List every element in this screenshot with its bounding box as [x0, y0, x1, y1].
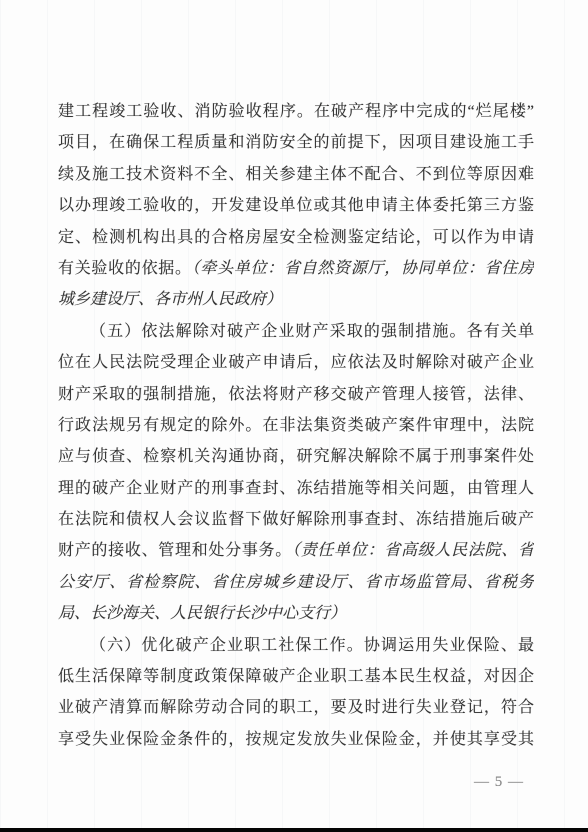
text-line: 理的破产企业财产的刑事查封、冻结措施等相关问题，由管理人 [58, 473, 534, 504]
text-line: 在法院和债权人会议监督下做好解除刑事查封、冻结措施后破产 [58, 504, 534, 535]
text-line: 局、长沙海关、人民银行长沙中心支行） [58, 598, 534, 629]
text-line: 有关验收的依据。（牵头单位：省自然资源厅，协同单位：省住房 [58, 253, 534, 284]
text-segment: 财产采取的强制措施，依法将财产移交破产管理人接管，法律、 [58, 386, 534, 403]
text-segment: 享受失业保险金条件的，按规定发放失业保险金，并使其享受其 [58, 731, 534, 748]
text-line: 财产采取的强制措施，依法将财产移交破产管理人接管，法律、 [58, 379, 534, 410]
text-line: （五）依法解除对破产企业财产采取的强制措施。各有关单 [58, 316, 534, 347]
text-segment: 财产的接收、管理和处分事务。 [58, 542, 292, 559]
text-segment: 以办理竣工验收的，开发建设单位或其他申请主体委托第三方鉴 [58, 197, 534, 214]
text-line: 城乡建设厅、各市州人民政府） [58, 284, 534, 315]
text-segment: 行政法规另有规定的除外。在非法集资类破产案件审理中，法院 [58, 417, 534, 434]
text-segment: 低生活保障等制度政策保障破产企业职工基本民生权益，对因企 [58, 668, 534, 685]
document-body: 建工程竣工验收、消防验收程序。在破产程序中完成的“烂尾楼”项目，在确保工程质量和… [58, 96, 534, 755]
text-segment: 建工程竣工验收、消防验收程序。在破产程序中完成的“烂尾楼” [58, 103, 534, 120]
text-segment: （责任单位：省高级人民法院、省 [292, 542, 534, 559]
text-segment: 位在人民法院受理企业破产申请后，应依法及时解除对破产企业 [58, 354, 534, 371]
text-line: 项目，在确保工程质量和消防安全的前提下，因项目建设施工手 [58, 127, 534, 158]
text-segment: （五）依法解除对破产企业财产采取的强制措施。各有关单 [90, 323, 534, 340]
text-segment: 在法院和债权人会议监督下做好解除刑事查封、冻结措施后破产 [58, 511, 534, 528]
text-line: 以办理竣工验收的，开发建设单位或其他申请主体委托第三方鉴 [58, 190, 534, 221]
text-segment: 有关验收的依据。 [58, 260, 192, 277]
text-line: 业破产清算而解除劳动合同的职工，要及时进行失业登记，符合 [58, 692, 534, 723]
text-segment: 业破产清算而解除劳动合同的职工，要及时进行失业登记，符合 [58, 699, 534, 716]
text-line: 建工程竣工验收、消防验收程序。在破产程序中完成的“烂尾楼” [58, 96, 534, 127]
text-line: 应与侦查、检察机关沟通协商，研究解决解除不属于刑事案件处 [58, 441, 534, 472]
text-line: 财产的接收、管理和处分事务。（责任单位：省高级人民法院、省 [58, 535, 534, 566]
page-number: — 5 — [474, 774, 524, 791]
text-segment: 续及施工技术资料不全、相关参建主体不配合、不到位等原因难 [58, 166, 534, 183]
text-line: 公安厅、省检察院、省住房城乡建设厅、省市场监管局、省税务 [58, 567, 534, 598]
text-segment: 城乡建设厅、各市州人民政府） [58, 291, 282, 308]
text-line: 位在人民法院受理企业破产申请后，应依法及时解除对破产企业 [58, 347, 534, 378]
text-segment: 局、长沙海关、人民银行长沙中心支行） [58, 605, 346, 622]
scan-bottom-edge [0, 828, 588, 832]
text-line: 定、检测机构出具的合格房屋安全检测鉴定结论，可以作为申请 [58, 222, 534, 253]
text-segment: （六）优化破产企业职工社保工作。协调运用失业保险、最 [90, 637, 534, 654]
text-segment: 定、检测机构出具的合格房屋安全检测鉴定结论，可以作为申请 [58, 229, 534, 246]
text-segment: （牵头单位：省自然资源厅，协同单位：省住房 [192, 260, 534, 277]
text-line: 低生活保障等制度政策保障破产企业职工基本民生权益，对因企 [58, 661, 534, 692]
text-line: 续及施工技术资料不全、相关参建主体不配合、不到位等原因难 [58, 159, 534, 190]
text-segment: 理的破产企业财产的刑事查封、冻结措施等相关问题，由管理人 [58, 480, 534, 497]
text-segment: 应与侦查、检察机关沟通协商，研究解决解除不属于刑事案件处 [58, 448, 534, 465]
text-segment: 公安厅、省检察院、省住房城乡建设厅、省市场监管局、省税务 [58, 574, 534, 591]
text-line: 享受失业保险金条件的，按规定发放失业保险金，并使其享受其 [58, 724, 534, 755]
text-segment: 项目，在确保工程质量和消防安全的前提下，因项目建设施工手 [58, 134, 534, 151]
text-line: 行政法规另有规定的除外。在非法集资类破产案件审理中，法院 [58, 410, 534, 441]
text-line: （六）优化破产企业职工社保工作。协调运用失业保险、最 [58, 630, 534, 661]
